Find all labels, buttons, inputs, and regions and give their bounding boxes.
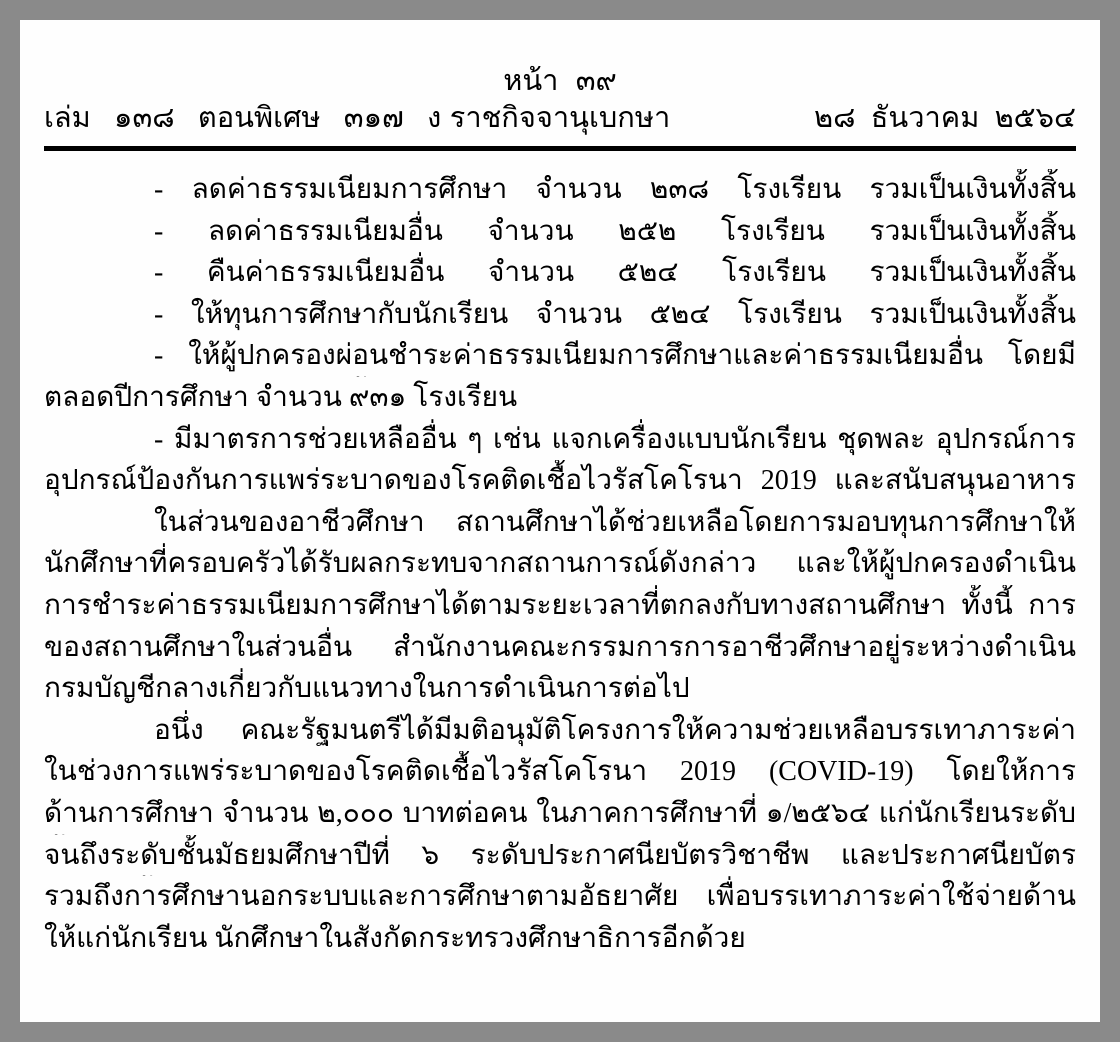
body-line: จนถึงระดับชั้นมัธยมศึกษาปีที่ ๖ ระดับประ… (44, 835, 1076, 877)
body-line: การชำระค่าธรรมเนียมการศึกษาได้ตามระยะเวล… (44, 585, 1076, 627)
body-line: ให้แก่นักเรียน นักศึกษาในสังกัดกระทรวงศึ… (44, 918, 1076, 960)
document-page: หน้า ๓๙ เล่ม ๑๓๘ ตอนพิเศษ ๓๑๗ ง ราชกิจจา… (20, 20, 1100, 1022)
body-line: - ลดค่าธรรมเนียมอื่น จำนวน ๒๕๒ โรงเรียน … (44, 211, 1076, 253)
body-line: ด้านการศึกษา จำนวน ๒,๐๐๐ บาทต่อคน ในภาคก… (44, 793, 1076, 835)
body-line: อนึ่ง คณะรัฐมนตรีได้มีมติอนุมัติโครงการใ… (44, 710, 1076, 752)
body-line: กรมบัญชีกลางเกี่ยวกับแนวทางในการดำเนินกา… (44, 668, 1076, 710)
window-frame: หน้า ๓๙ เล่ม ๑๓๘ ตอนพิเศษ ๓๑๗ ง ราชกิจจา… (0, 0, 1120, 1042)
body-line: - มีมาตรการช่วยเหลืออื่น ๆ เช่น แจกเครื่… (44, 419, 1076, 461)
body-line: รวมถึงการศึกษานอกระบบและการศึกษาตามอัธยา… (44, 876, 1076, 918)
body-line: - คืนค่าธรรมเนียมอื่น จำนวน ๕๒๔ โรงเรียน… (44, 252, 1076, 294)
page-number: หน้า ๓๙ (44, 20, 1076, 100)
body-line: ในส่วนของอาชีวศึกษา สถานศึกษาได้ช่วยเหลื… (44, 502, 1076, 544)
document-body: - ลดค่าธรรมเนียมการศึกษา จำนวน ๒๓๘ โรงเร… (44, 151, 1076, 959)
body-line: - ให้ผู้ปกครองผ่อนชำระค่าธรรมเนียมการศึก… (44, 335, 1076, 377)
body-line: - ลดค่าธรรมเนียมการศึกษา จำนวน ๒๓๘ โรงเร… (44, 169, 1076, 211)
body-line: ในช่วงการแพร่ระบาดของโรคติดเชื้อไวรัสโคโ… (44, 751, 1076, 793)
body-line: ตลอดปีการศึกษา จำนวน ๙๓๑ โรงเรียน (44, 377, 1076, 419)
body-line: นักศึกษาที่ครอบครัวได้รับผลกระทบจากสถานก… (44, 543, 1076, 585)
publication-date: ๒๘ ธันวาคม ๒๕๖๔ (814, 100, 1076, 136)
masthead-row: เล่ม ๑๓๘ ตอนพิเศษ ๓๑๗ ง ราชกิจจานุเบกษา … (44, 100, 1076, 140)
body-line: อุปกรณ์ป้องกันการแพร่ระบาดของโรคติดเชื้อ… (44, 460, 1076, 502)
body-line: - ให้ทุนการศึกษากับนักเรียน จำนวน ๕๒๔ โร… (44, 294, 1076, 336)
body-line: ของสถานศึกษาในส่วนอื่น สำนักงานคณะกรรมกา… (44, 627, 1076, 669)
